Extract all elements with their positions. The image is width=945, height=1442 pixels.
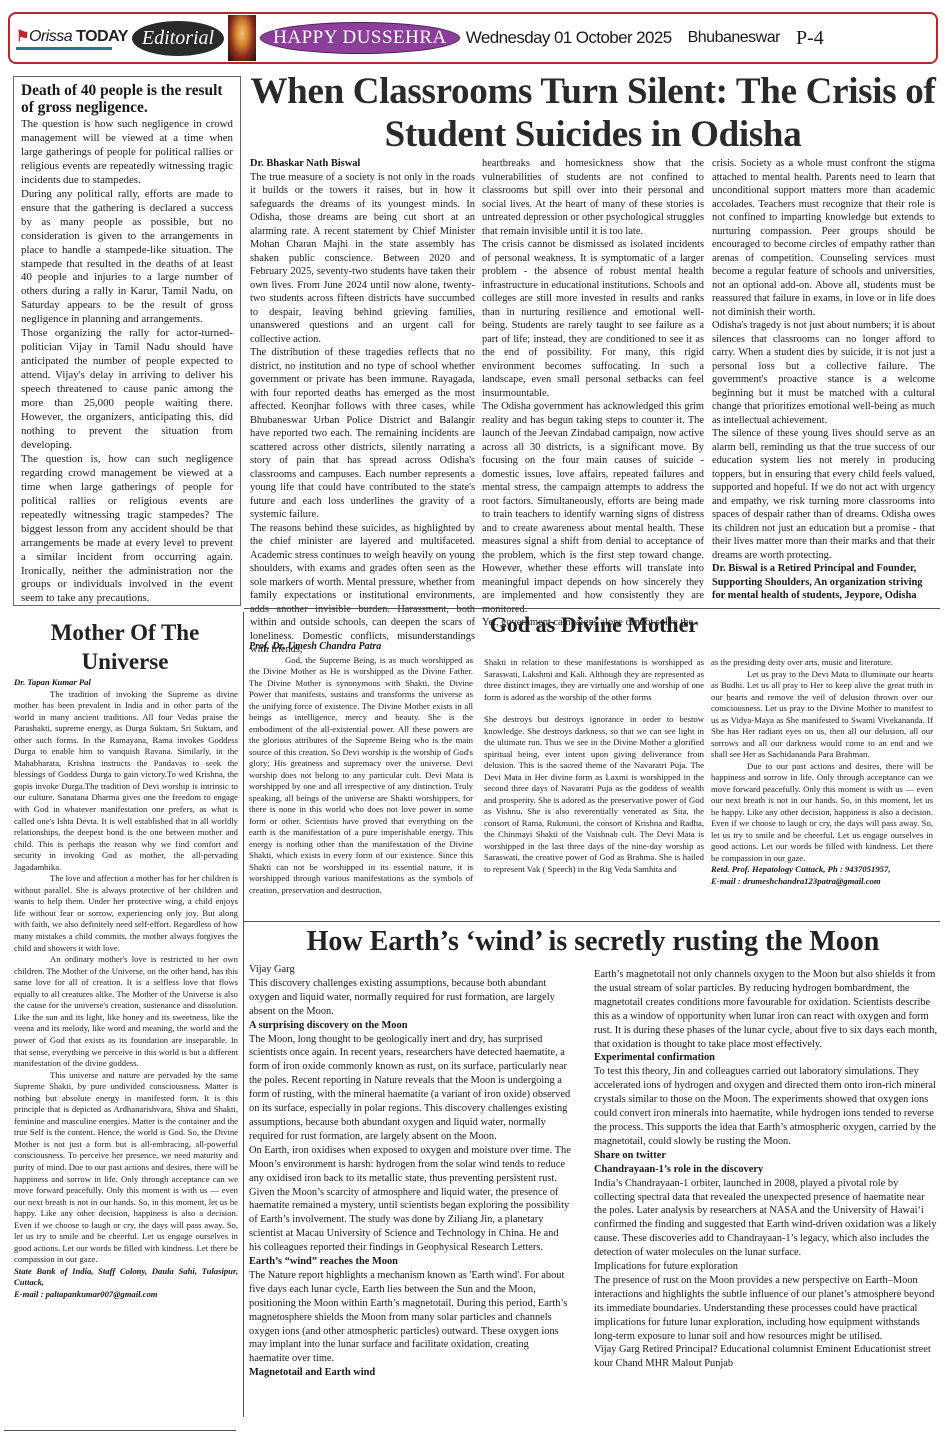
lead-column-2: heartbreaks and homesickness show that t… [482, 157, 704, 630]
divine-paragraph: God, the Supreme Being, is as much worsh… [249, 655, 473, 897]
lead-paragraph: crisis. Society as a whole must confront… [712, 157, 935, 319]
moon-subhead: Magnetotail and Earth wind [249, 1366, 571, 1380]
divine-paragraph: Let us pray to the Devi Mata to illumina… [711, 669, 933, 761]
lead-paragraph: The crisis cannot be dismissed as isolat… [482, 238, 704, 400]
lead-byline: Dr. Bhaskar Nath Biswal [250, 157, 475, 171]
moon-subhead-plain: Implications for future exploration [594, 1260, 938, 1274]
lead-paragraph: heartbreaks and homesickness show that t… [482, 157, 704, 238]
divine-byline: Prof. Dr. Umesh Chandra Patra [249, 641, 473, 653]
sidebar-paragraph: The question is how such negligence in c… [21, 118, 233, 188]
masthead: ⚑Orissa TODAY Editorial HAPPY DUSSEHRA W… [8, 12, 938, 64]
divine-author-note: Retd. Prof. Hepatology Cuttack, Ph : 943… [711, 864, 933, 876]
logo-orissa: Orissa [29, 28, 72, 45]
share-on-twitter-link[interactable]: Share on twitter [594, 1149, 938, 1163]
orissa-today-logo: ⚑Orissa TODAY [16, 27, 128, 50]
edition-city: Bhubaneswar [688, 29, 780, 47]
moon-subhead: Experimental confirmation [594, 1051, 938, 1065]
mother-address: State Bank of India, Staff Colony, Daula… [14, 1266, 238, 1289]
issue-date: Wednesday 01 October 2025 [466, 28, 672, 48]
section-badge: Editorial [132, 21, 224, 56]
mother-paragraph: This universe and nature are pervaded by… [14, 1070, 238, 1266]
moon-column-right: Earth’s magnetotail not only channels ox… [594, 968, 938, 1371]
lead-paragraph: The true measure of a society is not onl… [250, 171, 475, 347]
mother-paragraph: The love and affection a mother has for … [14, 873, 238, 954]
logo-today: TODAY [76, 28, 128, 45]
lead-author-note: Dr. Biswal is a Retired Principal and Fo… [712, 562, 935, 603]
moon-subhead: Earth’s “wind” reaches the Moon [249, 1255, 571, 1269]
divine-paragraph: Due to our past actions and desires, the… [711, 761, 933, 865]
moon-headline: How Earth’s ‘wind’ is secretly rusting t… [248, 926, 938, 958]
mother-byline: Dr. Tapan Kumar Pal [14, 677, 238, 689]
moon-paragraph: The Moon, long thought to be geologicall… [249, 1033, 571, 1144]
lead-paragraph: The distribution of these tragedies refl… [250, 346, 475, 522]
section-divider [4, 1430, 236, 1431]
moon-paragraph: On Earth, iron oxidises when exposed to … [249, 1144, 571, 1255]
lead-column-3: crisis. Society as a whole must confront… [712, 157, 935, 603]
odisha-map-icon: ⚑ [16, 28, 29, 45]
page-number: P-4 [796, 27, 824, 50]
moon-paragraph: This discovery challenges existing assum… [249, 977, 571, 1019]
sidebar-paragraph: Those organizing the rally for actor-tur… [21, 327, 233, 453]
mother-article-body: Dr. Tapan Kumar Pal The tradition of inv… [14, 677, 238, 1301]
goddess-durga-image [228, 15, 256, 61]
logo-underline [16, 47, 112, 50]
moon-author-note: Vijay Garg Retired Principal? Educationa… [594, 1343, 938, 1371]
divine-paragraph: Shakti in relation to these manifestatio… [484, 657, 704, 703]
festival-banner: HAPPY DUSSEHRA [260, 22, 460, 54]
moon-column-left: Vijay Garg This discovery challenges exi… [249, 963, 571, 1380]
moon-subhead: A surprising discovery on the Moon [249, 1019, 571, 1033]
moon-paragraph: To test this theory, Jin and colleagues … [594, 1065, 938, 1148]
lead-paragraph: Odisha's tragedy is not just about numbe… [712, 319, 935, 427]
mother-paragraph: An ordinary mother's love is restricted … [14, 954, 238, 1069]
divine-paragraph: as the presiding deity over arts, music … [711, 657, 933, 669]
moon-paragraph: The presence of rust on the Moon provide… [594, 1274, 938, 1344]
sidebar-paragraph: During any political rally, efforts are … [21, 188, 233, 328]
lead-paragraph: The Odisha government has acknowledged t… [482, 400, 704, 616]
divine-column-3: as the presiding deity over arts, music … [711, 657, 933, 887]
section-divider [244, 921, 940, 922]
lead-paragraph: The reasons behind these suicides, as hi… [250, 522, 475, 657]
lead-paragraph: The silence of these young lives should … [712, 427, 935, 562]
lead-column-1: Dr. Bhaskar Nath Biswal The true measure… [250, 157, 475, 657]
sidebar-paragraph: The question is, how can such negligence… [21, 453, 233, 606]
divine-column-2: Shakti in relation to these manifestatio… [484, 657, 704, 875]
section-divider [244, 608, 940, 609]
divine-headline: God as Divine Mother [478, 612, 710, 638]
moon-paragraph: India’s Chandrayaan-1 orbiter, launched … [594, 1177, 938, 1260]
divine-paragraph: She destroys but destroys ignorance in o… [484, 714, 704, 875]
moon-paragraph: The Nature report highlights a mechanism… [249, 1269, 571, 1366]
moon-byline: Vijay Garg [249, 963, 571, 977]
divine-author-email: E-mail : drumeshchandra123patra@gmail.co… [711, 876, 933, 888]
sidebar-editorial: Death of 40 people is the result of gros… [13, 76, 241, 606]
lead-headline: When Classrooms Turn Silent: The Crisis … [248, 70, 938, 156]
column-divider [243, 612, 244, 1417]
moon-paragraph: Earth’s magnetotail not only channels ox… [594, 968, 938, 1051]
divine-column-1: Prof. Dr. Umesh Chandra Patra God, the S… [249, 641, 473, 896]
mother-paragraph: The tradition of invoking the Supreme as… [14, 689, 238, 874]
mother-headline: Mother Of The Universe [10, 618, 240, 676]
mother-email: E-mail : paltapankumar007@gmail.com [14, 1289, 238, 1301]
moon-subhead: Chandrayaan-1’s role in the discovery [594, 1163, 938, 1177]
sidebar-headline: Death of 40 people is the result of gros… [21, 82, 233, 116]
